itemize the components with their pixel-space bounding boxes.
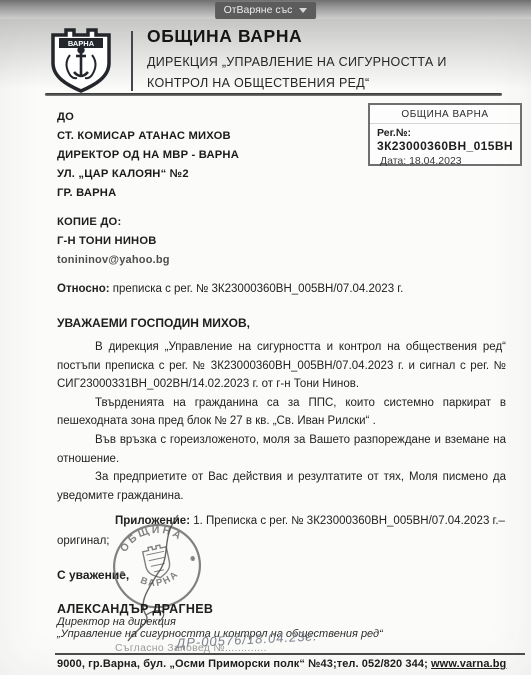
copy-to-block: КОПИЕ ДО: Г-Н ТОНИ НИНОВ tonininov@yahoo… (57, 213, 170, 270)
copy-to-name: Г-Н ТОНИ НИНОВ (57, 232, 170, 251)
recipient-line: ДО (57, 108, 239, 127)
recipient-email-link[interactable]: tonininov@yahoo.bg (57, 254, 170, 266)
reg-box-title: ОБЩИНА ВАРНА (370, 105, 520, 124)
reg-number-label: Рег.№: (377, 127, 520, 139)
body-paragraph: Във връзка с гореизложеното, моля за Ваш… (57, 431, 506, 468)
salutation: УВАЖАЕМИ ГОСПОДИН МИХОВ, (57, 316, 250, 330)
directorate-line-1: ДИРЕКЦИЯ „УПРАВЛЕНИЕ НА СИГУРНОСТТА И (147, 55, 447, 69)
subject-text: преписка с рег. № 3К23000360ВН_005ВН/07.… (113, 283, 403, 295)
attachment-text: 1. Преписка с рег. № 3К23000360ВН_005ВН/… (193, 515, 505, 527)
reg-number: 3К23000360ВН_015ВН (377, 139, 520, 153)
body-paragraph: За предприетите от Вас действия и резулт… (57, 468, 506, 505)
coat-of-arms-logo: ВАРНА (46, 27, 116, 93)
open-with-button[interactable]: ОтВаряне със (215, 2, 317, 19)
subject-label: Относно: (57, 283, 110, 295)
subject-line: Относно: преписка с рег. № 3К23000360ВН_… (57, 283, 403, 295)
header-rule (45, 93, 502, 96)
recipient-line: УЛ. „ЦАР КАЛОЯН“ №2 (57, 165, 239, 184)
directorate-line-2: КОНТРОЛ НА ОБЩЕСТВЕНИЯ РЕД“ (147, 76, 370, 90)
body-paragraph: Твърденията на гражданина са за ППС, кои… (57, 394, 506, 431)
org-title: ОБЩИНА ВАРНА (147, 26, 302, 47)
viewer-screen: ОтВаряне със ВАРНА ОБЩИНА ВАРНА ДИРЕКЦИЯ… (0, 0, 531, 675)
signatory-title: Директор на дирекция (57, 616, 176, 628)
recipient-line: ДИРЕКТОР ОД НА МВР - ВАРНА (57, 146, 239, 165)
recipient-line: ГР. ВАРНА (57, 184, 239, 203)
open-with-label: ОтВаряне със (224, 4, 293, 16)
website-link[interactable]: www.varna.bg (431, 658, 506, 670)
footer-rule (55, 653, 525, 655)
footer-address: 9000, гр.Варна, бул. „Осми Приморски пол… (57, 658, 506, 670)
dropdown-caret-icon (299, 8, 307, 13)
recipient-line: СТ. КОМИСАР АТАНАС МИХОВ (57, 127, 239, 146)
recipient-block: ДО СТ. КОМИСАР АТАНАС МИХОВ ДИРЕКТОР ОД … (57, 108, 239, 203)
scanned-letter: ВАРНА ОБЩИНА ВАРНА ДИРЕКЦИЯ „УПРАВЛЕНИЕ … (0, 19, 531, 675)
letterhead-divider (131, 31, 133, 91)
registration-box: ОБЩИНА ВАРНА Рег.№: 3К23000360ВН_015ВН Д… (368, 103, 522, 166)
footer-address-text: 9000, гр.Варна, бул. „Осми Приморски пол… (57, 658, 431, 670)
signatory-name: АЛЕКСАНДЪР ДРАГНЕВ (57, 602, 213, 616)
copy-to-label: КОПИЕ ДО: (57, 213, 170, 232)
reg-date: Дата: 18.04.2023 (380, 155, 520, 167)
body-paragraph: В дирекция „Управление на сигурността и … (57, 338, 506, 394)
letter-body: В дирекция „Управление на сигурността и … (57, 338, 506, 505)
viewer-topbar: ОтВаряне със (0, 0, 531, 19)
